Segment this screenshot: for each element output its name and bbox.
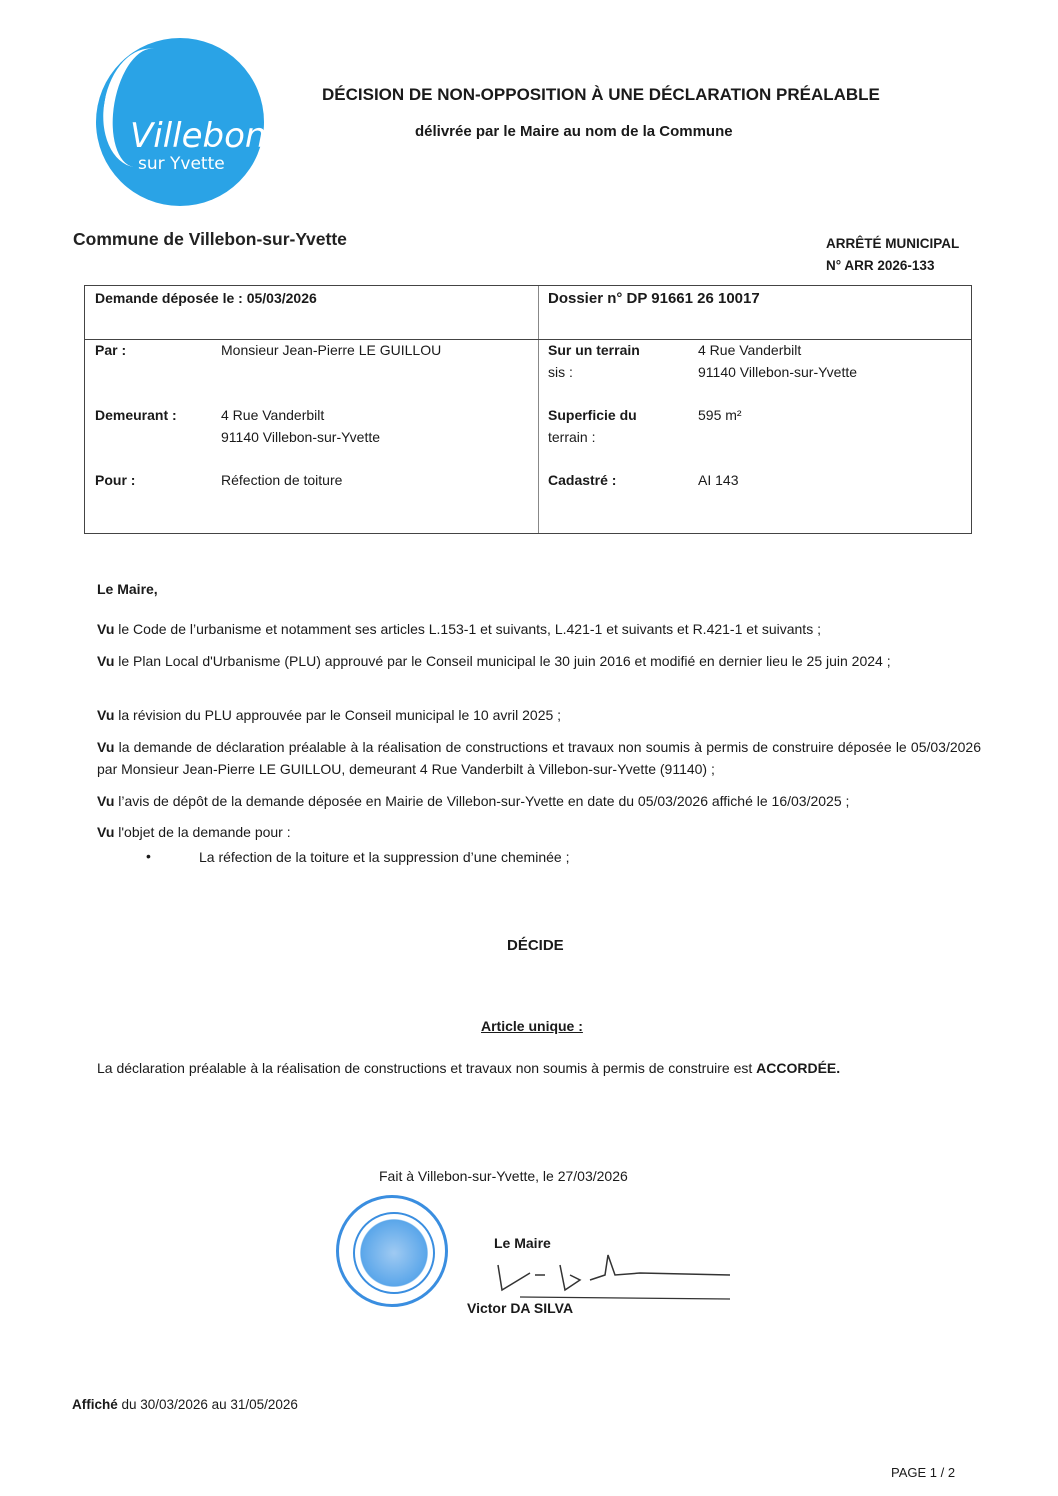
consideration-text: le Plan Local d'Urbanisme (PLU) approuvé…: [114, 653, 890, 669]
article-heading: Article unique :: [481, 1018, 583, 1034]
label-terrain: Sur un terrain sis :: [548, 339, 640, 383]
address-line2: 91140 Villebon-sur-Yvette: [698, 361, 857, 383]
label-demeurant: Demeurant :: [95, 404, 177, 426]
logo-line2: sur Yvette: [138, 154, 225, 174]
address-line1: 4 Rue Vanderbilt: [221, 404, 380, 426]
vu-prefix: Vu: [97, 707, 114, 723]
consideration: Vu l'objet de la demande pour :: [97, 821, 981, 843]
consideration-text: l'objet de la demande pour :: [114, 824, 290, 840]
logo-line1: Villebon: [130, 116, 266, 156]
stamp-emblem-icon: [353, 1212, 435, 1294]
commune-name: Commune de Villebon-sur-Yvette: [73, 229, 347, 250]
value-superficie: 595 m²: [698, 404, 742, 426]
label-pour: Pour :: [95, 469, 135, 491]
demande-date: Demande déposée le : 05/03/2026: [95, 287, 317, 309]
opening: Le Maire,: [97, 578, 981, 600]
label-line: sis :: [548, 361, 640, 383]
table-divider: [538, 286, 539, 533]
value-terrain: 4 Rue Vanderbilt 91140 Villebon-sur-Yvet…: [698, 339, 857, 383]
document-title: DÉCISION DE NON-OPPOSITION À UNE DÉCLARA…: [322, 85, 880, 105]
label-superficie: Superficie du terrain :: [548, 404, 637, 448]
page-number: PAGE 1 / 2: [891, 1465, 955, 1480]
address-line2: 91140 Villebon-sur-Yvette: [221, 426, 380, 448]
address-line1: 4 Rue Vanderbilt: [698, 339, 857, 361]
consideration: Vu le Plan Local d'Urbanisme (PLU) appro…: [97, 650, 981, 672]
info-table: Demande déposée le : 05/03/2026 Dossier …: [84, 285, 972, 534]
decision-result: ACCORDÉE.: [756, 1060, 840, 1076]
arrete-label: ARRÊTÉ MUNICIPAL: [826, 233, 959, 255]
label-line: Sur un terrain: [548, 339, 640, 361]
arrete-number: N° ARR 2026-133: [826, 255, 959, 277]
consideration: Vu l’avis de dépôt de la demande déposée…: [97, 790, 981, 812]
vu-prefix: Vu: [97, 621, 114, 637]
mairie-stamp-icon: [336, 1195, 448, 1307]
signatory-name: Victor DA SILVA: [467, 1300, 573, 1316]
value-pour: Réfection de toiture: [221, 469, 342, 491]
signature-icon: [490, 1245, 750, 1305]
consideration: Vu la révision du PLU approuvée par le C…: [97, 704, 981, 726]
value-par: Monsieur Jean-Pierre LE GUILLOU: [221, 339, 441, 361]
bullet-text: La réfection de la toiture et la suppres…: [199, 849, 569, 865]
decision-body: La déclaration préalable à la réalisatio…: [97, 1060, 756, 1076]
villebon-logo: Villebon sur Yvette: [96, 38, 264, 206]
consideration-text: la révision du PLU approuvée par le Cons…: [114, 707, 561, 723]
value-demeurant: 4 Rue Vanderbilt 91140 Villebon-sur-Yvet…: [221, 404, 380, 448]
label-line: terrain :: [548, 426, 637, 448]
document-subtitle: délivrée par le Maire au nom de la Commu…: [415, 123, 733, 140]
label-par: Par :: [95, 339, 126, 361]
place-date: Fait à Villebon-sur-Yvette, le 27/03/202…: [379, 1168, 628, 1184]
affiche-label: Affiché: [72, 1397, 118, 1412]
affichage-period: Affiché du 30/03/2026 au 31/05/2026: [72, 1397, 298, 1412]
consideration-text: la demande de déclaration préalable à la…: [97, 739, 981, 777]
dossier-number: Dossier n° DP 91661 26 10017: [548, 288, 760, 310]
value-cadastre: AI 143: [698, 469, 738, 491]
vu-prefix: Vu: [97, 793, 114, 809]
decide-heading: DÉCIDE: [507, 937, 564, 954]
consideration: Vu le Code de l’urbanisme et notamment s…: [97, 618, 981, 640]
consideration-text: le Code de l’urbanisme et notamment ses …: [114, 621, 821, 637]
affiche-dates: du 30/03/2026 au 31/05/2026: [118, 1397, 298, 1412]
vu-prefix: Vu: [97, 739, 114, 755]
consideration-text: l’avis de dépôt de la demande déposée en…: [114, 793, 849, 809]
label-cadastre: Cadastré :: [548, 469, 616, 491]
vu-prefix: Vu: [97, 824, 114, 840]
bullet-icon: •: [146, 848, 151, 864]
decision-text: La déclaration préalable à la réalisatio…: [97, 1060, 840, 1076]
label-line: Superficie du: [548, 404, 637, 426]
arrete-block: ARRÊTÉ MUNICIPAL N° ARR 2026-133: [826, 233, 959, 277]
consideration: Vu la demande de déclaration préalable à…: [97, 736, 981, 780]
vu-prefix: Vu: [97, 653, 114, 669]
